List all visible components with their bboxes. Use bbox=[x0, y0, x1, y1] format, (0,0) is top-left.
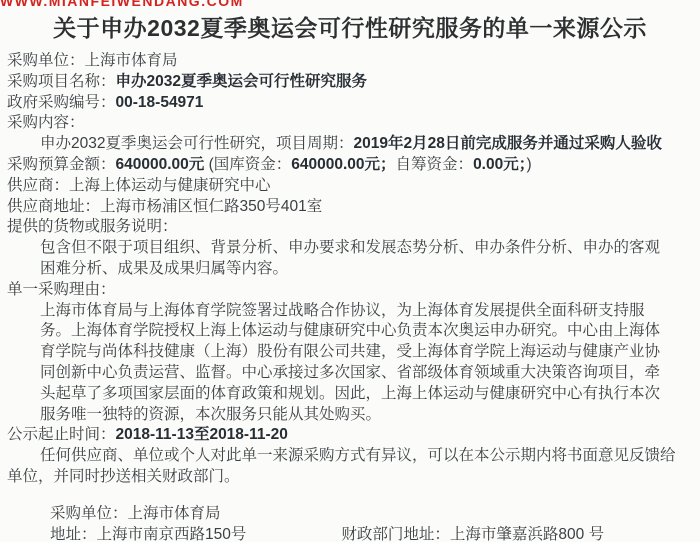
reason-line: 同创新中心负责运营、监督。中心承接过多次国家、省部级体育领域重大决策咨询项目，牵 bbox=[40, 363, 696, 384]
objection-line: 任何供应商、单位或个人对此单一来源采购方式有异议，可以在本公示期内将书面意见反馈… bbox=[7, 446, 696, 467]
footer-address-line: 地址：上海市南京西路150号财政部门地址：上海市肇嘉浜路800 号 bbox=[50, 525, 696, 542]
budget-label: 采购预算金额： bbox=[7, 156, 116, 173]
reason-heading: 单一采购理由： bbox=[7, 280, 696, 301]
supplier-address-label: 供应商地址： bbox=[7, 198, 100, 215]
budget-sep3: ) bbox=[526, 156, 531, 173]
budget-sep1: (国库资金： bbox=[204, 156, 291, 173]
budget-amount: 640000.00元 bbox=[116, 156, 205, 173]
content-description-line: 申办2032夏季奥运会可行性研究，项目周期：2019年2月28日前完成服务并通过… bbox=[40, 134, 696, 155]
budget-line: 采购预算金额：640000.00元 (国库资金：640000.00元；自筹资金：… bbox=[7, 155, 696, 176]
reason-line: 育学院与尚体科技健康（上海）股份有限公司共建，受上海体育学院上海运动与健康产业协 bbox=[40, 342, 696, 363]
watermark-text: WWW.MIANFEIWENDANG.COM bbox=[0, 0, 244, 8]
publicity-period-line: 公示起止时间：2018-11-13至2018-11-20 bbox=[7, 425, 696, 446]
footer-finance-address-label: 财政部门地址： bbox=[341, 526, 450, 542]
supplier-label: 供应商： bbox=[7, 177, 69, 194]
reason-line: 头起草了多项国家层面的体育政策和规划。因此，上海上体运动与健康研究中心有执行本次 bbox=[40, 384, 696, 405]
clipped-watermark: WWW.MIANFEIWENDANG.COM bbox=[0, 0, 260, 8]
objection-line: 单位，并同时抄送相关财政部门。 bbox=[7, 467, 696, 488]
content-deadline: 2019年2月28日前完成服务并通过采购人验收 bbox=[353, 135, 661, 152]
footer-purchaser-value: 上海市体育局 bbox=[128, 505, 221, 522]
supplier-address-line: 供应商地址：上海市杨浦区恒仁路350号401室 bbox=[7, 197, 696, 218]
reason-line: 服务唯一独特的资源，本次服务只能从其处购买。 bbox=[40, 405, 696, 426]
budget-self-amount: 0.00元； bbox=[473, 156, 526, 173]
supplier-address-value: 上海市杨浦区恒仁路350号401室 bbox=[100, 198, 322, 215]
project-value: 申办2032夏季奥运会可行性研究服务 bbox=[116, 73, 367, 90]
footer-finance-address-value: 上海市肇嘉浜路800 号 bbox=[450, 526, 604, 542]
procurement-number-line: 政府采购编号：00-18-54971 bbox=[7, 93, 696, 114]
footer-purchaser-label: 采购单位： bbox=[50, 505, 128, 522]
service-description-line: 包含但不限于项目组织、背景分析、申办要求和发展态势分析、申办条件分析、申办的客观 bbox=[40, 238, 696, 259]
service-heading: 提供的货物或服务说明： bbox=[7, 217, 696, 238]
publicity-period-label: 公示起止时间： bbox=[7, 426, 116, 443]
reason-line: 务。上海体育学院授权上海上体运动与健康研究中心负责本次奥运申办研究。中心由上海体 bbox=[40, 321, 696, 342]
footer-purchaser-line: 采购单位：上海市体育局 bbox=[50, 504, 696, 525]
supplier-line: 供应商：上海上体运动与健康研究中心 bbox=[7, 176, 696, 197]
footer-address-value: 上海市南京西路150号 bbox=[97, 526, 247, 542]
purchaser-value: 上海市体育局 bbox=[85, 52, 178, 69]
footer-finance-address: 财政部门地址：上海市肇嘉浜路800 号 bbox=[341, 526, 604, 542]
budget-treasury-amount: 640000.00元； bbox=[291, 156, 395, 173]
footer-address-label: 地址： bbox=[50, 526, 97, 542]
publicity-period-value: 2018-11-13至2018-11-20 bbox=[116, 426, 288, 443]
footer-address: 地址：上海市南京西路150号 bbox=[50, 526, 246, 542]
supplier-value: 上海上体运动与健康研究中心 bbox=[69, 177, 271, 194]
procurement-number-value: 00-18-54971 bbox=[116, 94, 204, 111]
purchaser-label: 采购单位： bbox=[7, 52, 85, 69]
procurement-number-label: 政府采购编号： bbox=[7, 94, 116, 111]
document-body: 采购单位：上海市体育局 采购项目名称：申办2032夏季奥运会可行性研究服务 政府… bbox=[0, 51, 700, 542]
contact-footer: 采购单位：上海市体育局 地址：上海市南京西路150号财政部门地址：上海市肇嘉浜路… bbox=[50, 504, 696, 542]
project-label: 采购项目名称： bbox=[7, 73, 116, 90]
budget-sep2: 自筹资金： bbox=[396, 156, 474, 173]
purchaser-line: 采购单位：上海市体育局 bbox=[7, 51, 696, 72]
content-heading: 采购内容： bbox=[7, 113, 696, 134]
service-description-line: 困难分析、成果及成果归属等内容。 bbox=[40, 259, 696, 280]
content-pre: 申办2032夏季奥运会可行性研究，项目周期： bbox=[40, 135, 353, 152]
project-name-line: 采购项目名称：申办2032夏季奥运会可行性研究服务 bbox=[7, 72, 696, 93]
procurement-notice-page: WWW.MIANFEIWENDANG.COM 关于申办2032夏季奥运会可行性研… bbox=[0, 0, 700, 542]
reason-line: 上海市体育局与上海体育学院签署过战略合作协议，为上海体育发展提供全面科研支持服 bbox=[40, 301, 696, 322]
page-title: 关于申办2032夏季奥运会可行性研究服务的单一来源公示 bbox=[20, 10, 680, 43]
